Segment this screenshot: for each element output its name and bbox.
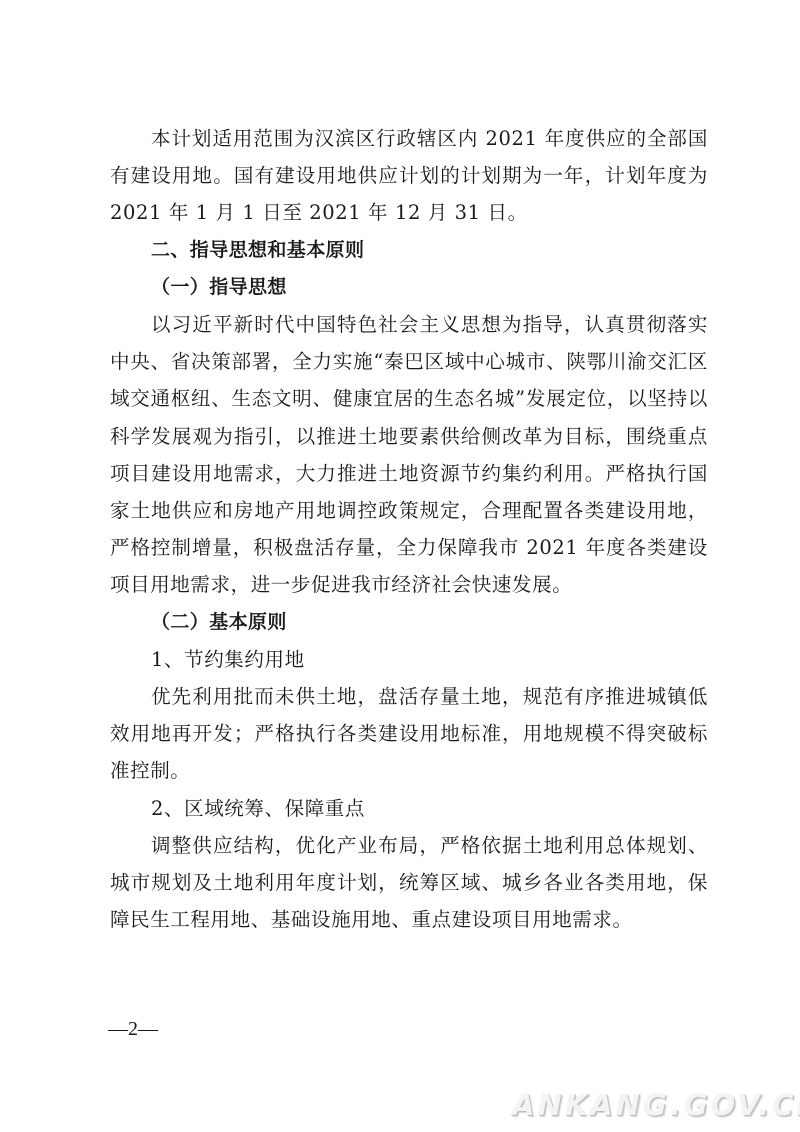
page-number: —2—	[108, 1018, 158, 1041]
site-watermark: ANKANG.GOV.CN	[512, 1088, 800, 1122]
heading-guiding-principles: 二、指导思想和基本原则	[110, 232, 708, 269]
subheading-guiding-thought: （一）指导思想	[110, 269, 708, 306]
paragraph-item-1: 优先利用批而未供土地，盘活存量土地，规范有序推进城镇低效用地再开发；严格执行各类…	[110, 678, 708, 790]
item-heading-1: 1、节约集约用地	[110, 641, 708, 678]
paragraph-guiding-thought: 以习近平新时代中国特色社会主义思想为指导，认真贯彻落实中央、省决策部署，全力实施…	[110, 306, 708, 604]
subheading-basic-principles: （二）基本原则	[110, 604, 708, 641]
document-body: 本计划适用范围为汉滨区行政辖区内 2021 年度供应的全部国有建设用地。国有建设…	[110, 120, 708, 938]
paragraph-item-2: 调整供应结构，优化产业布局，严格依据土地利用总体规划、城市规划及土地利用年度计划…	[110, 827, 708, 939]
item-heading-2: 2、区域统筹、保障重点	[110, 790, 708, 827]
paragraph-scope: 本计划适用范围为汉滨区行政辖区内 2021 年度供应的全部国有建设用地。国有建设…	[110, 120, 708, 232]
